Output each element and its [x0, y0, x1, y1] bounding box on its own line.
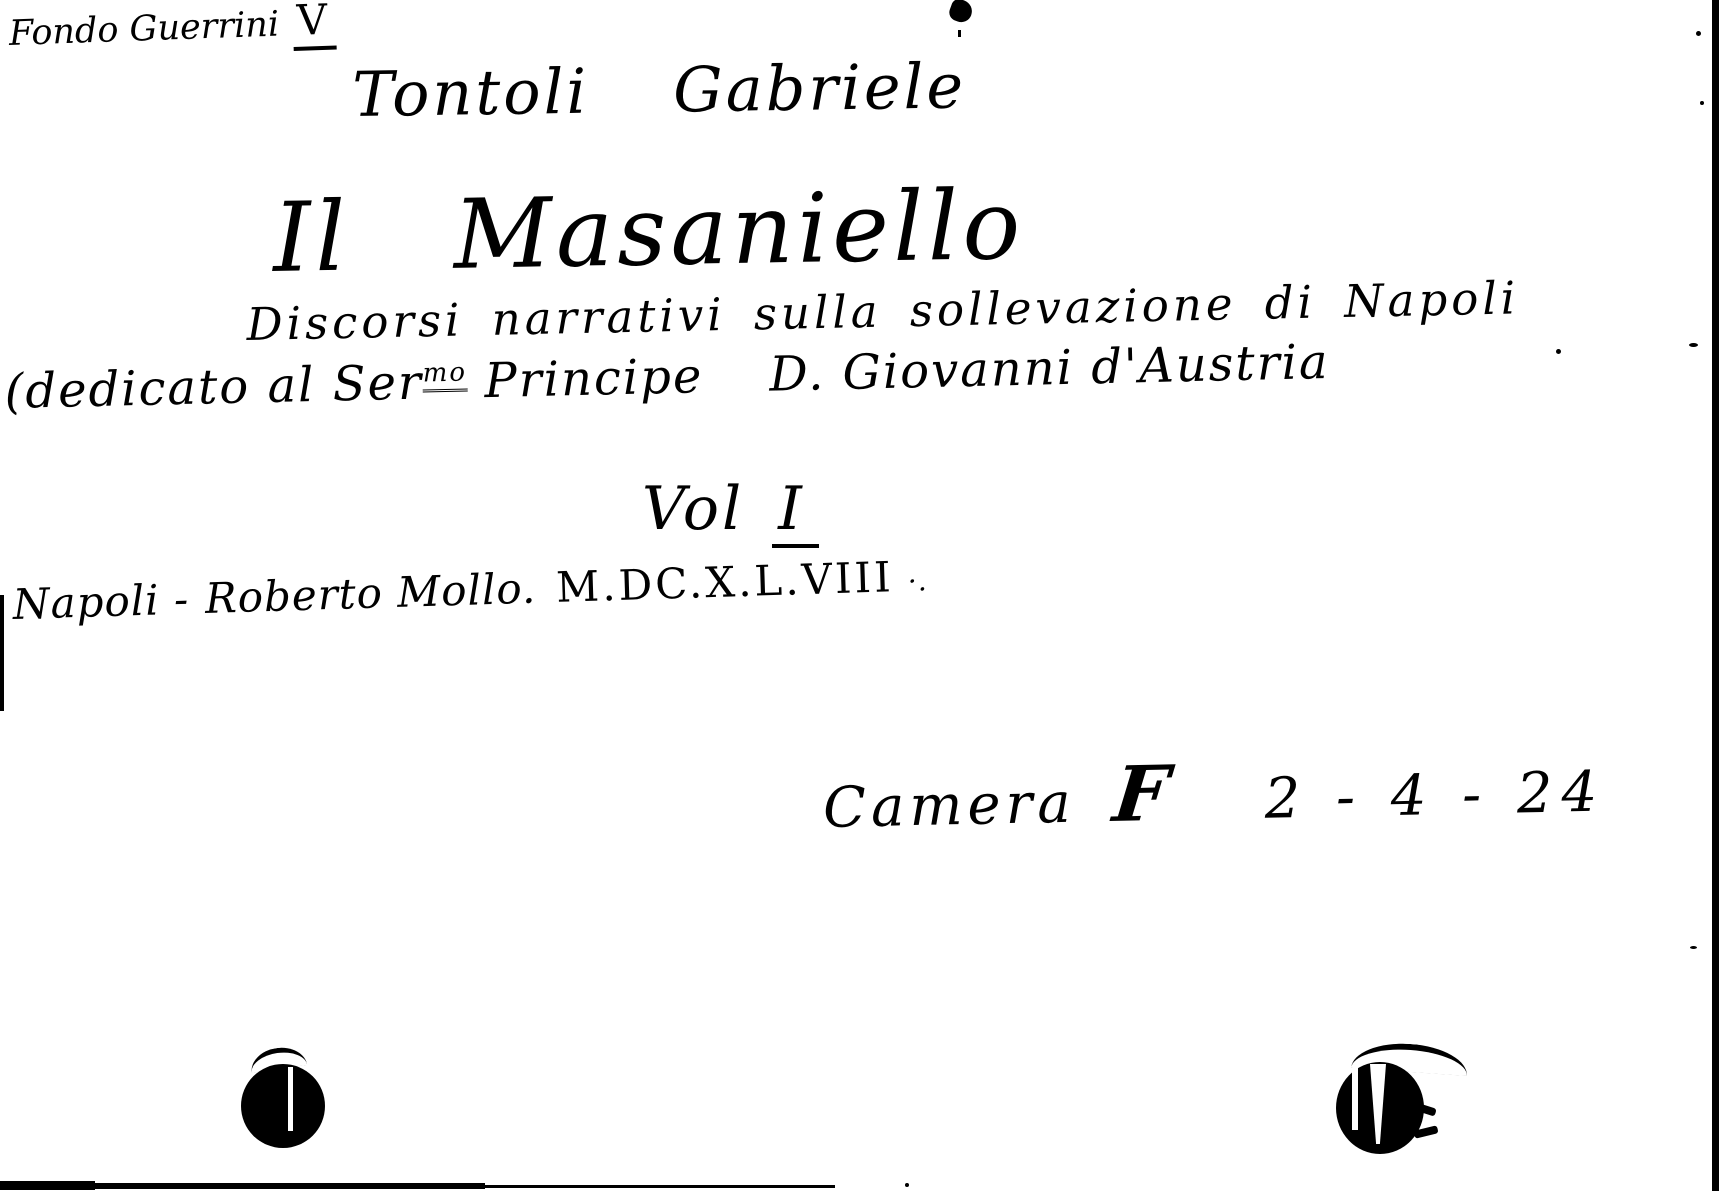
dedication-prefix: (dedicato al Ser: [4, 355, 424, 420]
author-surname: Tontoli: [352, 55, 590, 131]
scan-speck: [905, 1183, 909, 1187]
fond-label: Fondo Guerrini: [8, 5, 279, 54]
dedication-superscript: mo: [422, 358, 467, 393]
scan-speck: [1556, 349, 1561, 354]
volume-label: Vol: [642, 474, 744, 544]
title-main: Masaniello: [453, 169, 1025, 291]
shelfmark-line: CameraF2 - 4 - 24: [822, 740, 1607, 845]
left-punch-hole-icon: [241, 1064, 325, 1148]
ink-blot: [947, 0, 975, 25]
scan-speck: [1690, 946, 1697, 949]
imprint-year: M.DC.X.L.VIII: [555, 552, 894, 612]
shelfmark-letter: F: [1100, 748, 1186, 839]
bottom-scan-edge: [95, 1183, 485, 1189]
title-line: IlMasaniello: [272, 169, 1025, 294]
volume-number: I: [772, 474, 819, 548]
imprint-place: Napoli -: [12, 574, 190, 629]
shelfmark-room: Camera: [822, 771, 1076, 841]
scan-speck: [1696, 31, 1701, 36]
catalog-card: Fondo GuerriniV TontoliGabriele IlMasani…: [0, 0, 1724, 1191]
left-scan-edge-fragment: [0, 595, 4, 711]
right-punch-hole-icon: [1336, 1062, 1424, 1154]
imprint-printer: Roberto Mollo.: [204, 564, 537, 623]
right-scan-edge: [1712, 0, 1719, 1191]
title-article: Il: [272, 181, 351, 294]
ink-blot-dot: [958, 30, 961, 37]
volume-line: VolI: [642, 474, 819, 548]
imprint-trailing-dots: ·.: [907, 564, 928, 598]
bottom-scan-edge: [0, 1181, 95, 1190]
left-punch-hole-slit: [288, 1067, 293, 1131]
author-forename: Gabriele: [673, 49, 967, 126]
fond-mark: Fondo GuerriniV: [8, 0, 336, 61]
right-punch-hole-slit-2: [1370, 1064, 1386, 1144]
right-punch-hole-slit-1: [1352, 1068, 1358, 1130]
scan-speck: [1700, 101, 1704, 105]
scan-speck: [1689, 343, 1698, 347]
author-line: TontoliGabriele: [352, 49, 967, 131]
imprint-line: Napoli -Roberto Mollo.M.DC.X.L.VIII·.: [12, 551, 928, 629]
fond-number: V: [292, 0, 336, 51]
bottom-scan-edge: [485, 1185, 835, 1188]
dedication-line: (dedicato al Sermo PrincipeD. Giovanni d…: [4, 334, 1330, 420]
dedication-middle: Principe: [467, 348, 704, 409]
shelfmark-number: 2 - 4 - 24: [1264, 760, 1607, 832]
dedication-dedicatee: D. Giovanni d'Austria: [769, 334, 1331, 403]
